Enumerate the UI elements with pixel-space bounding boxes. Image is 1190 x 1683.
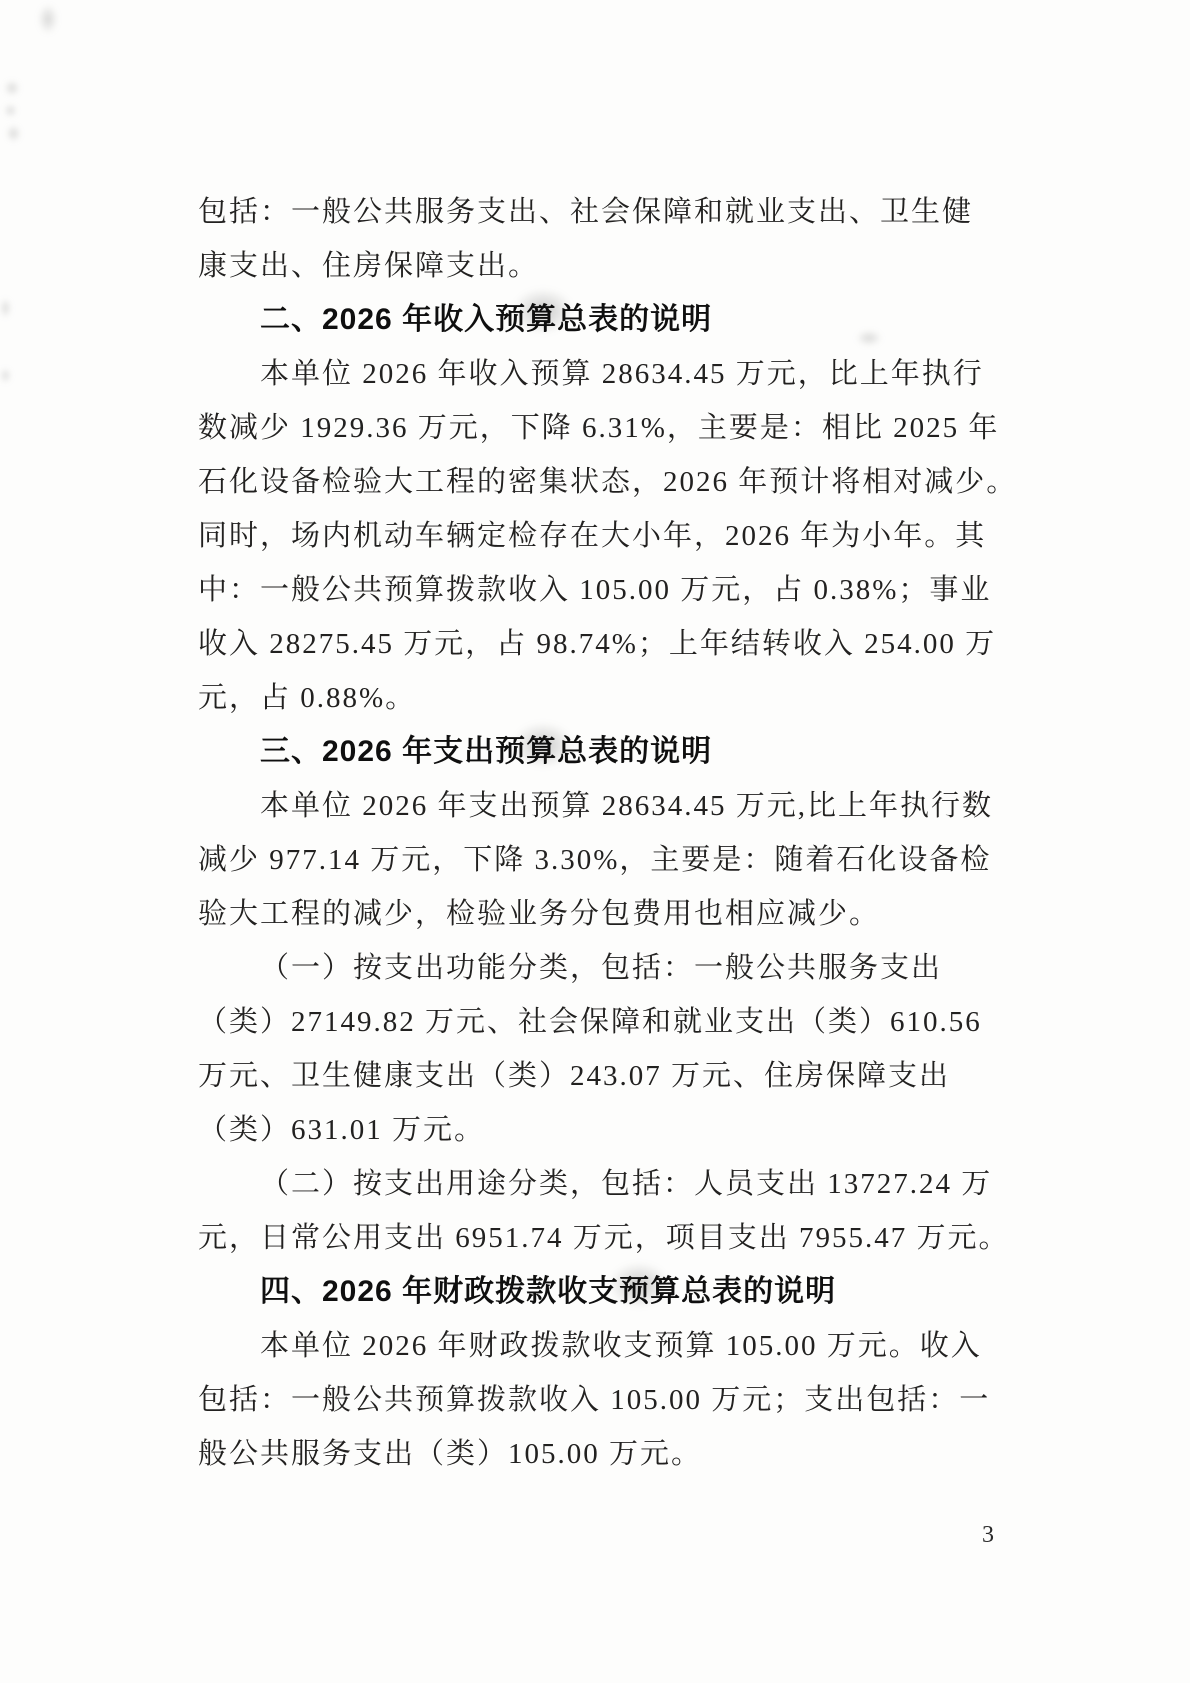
text-line: 万元、卫生健康支出（类）243.07 万元、住房保障支出 [198,1049,938,1103]
text-line: 收入 28275.45 万元，占 98.74%；上年结转收入 254.00 万 [198,617,938,671]
scan-artifact [4,104,17,117]
scan-artifact [0,368,11,383]
scan-artifact [6,125,21,142]
text-line: 中：一般公共预算拨款收入 105.00 万元，占 0.38%；事业 [198,563,938,617]
text-line: （二）按支出用途分类，包括：人员支出 13727.24 万 [198,1157,938,1211]
text-line: 康支出、住房保障支出。 [198,239,938,293]
scanned-document-page: 包括：一般公共服务支出、社会保障和就业支出、卫生健 康支出、住房保障支出。 二、… [0,0,1190,1683]
text-line: （类）27149.82 万元、社会保障和就业支出（类）610.56 [198,995,938,1049]
text-line: 元，占 0.88%。 [198,671,938,725]
section-heading: 三、2026 年支出预算总表的说明 [198,725,938,779]
section-heading: 二、2026 年收入预算总表的说明 [198,293,938,347]
text-line: 元，日常公用支出 6951.74 万元，项目支出 7955.47 万元。 [198,1211,938,1265]
scan-artifact [38,4,58,34]
text-line: 验大工程的减少，检验业务分包费用也相应减少。 [198,887,938,941]
document-body: 包括：一般公共服务支出、社会保障和就业支出、卫生健 康支出、住房保障支出。 二、… [198,185,938,1481]
text-line: 包括：一般公共预算拨款收入 105.00 万元；支出包括：一 [198,1373,938,1427]
scan-artifact [4,80,20,96]
text-line: （一）按支出功能分类，包括：一般公共服务支出 [198,941,938,995]
page-number: 3 [968,1522,1008,1549]
text-line: 本单位 2026 年收入预算 28634.45 万元，比上年执行 [198,347,938,401]
text-line: 本单位 2026 年支出预算 28634.45 万元,比上年执行数 [198,779,938,833]
text-line: 减少 977.14 万元，下降 3.30%，主要是：随着石化设备检 [198,833,938,887]
text-line: 数减少 1929.36 万元，下降 6.31%，主要是：相比 2025 年 [198,401,938,455]
section-heading: 四、2026 年财政拨款收支预算总表的说明 [198,1265,938,1319]
text-line: 本单位 2026 年财政拨款收支预算 105.00 万元。收入 [198,1319,938,1373]
text-line: 包括：一般公共服务支出、社会保障和就业支出、卫生健 [198,185,938,239]
scan-artifact [0,298,11,318]
text-line: 石化设备检验大工程的密集状态，2026 年预计将相对减少。 [198,455,938,509]
text-line: 般公共服务支出（类）105.00 万元。 [198,1427,938,1481]
text-line: （类）631.01 万元。 [198,1103,938,1157]
text-line: 同时，场内机动车辆定检存在大小年，2026 年为小年。其 [198,509,938,563]
